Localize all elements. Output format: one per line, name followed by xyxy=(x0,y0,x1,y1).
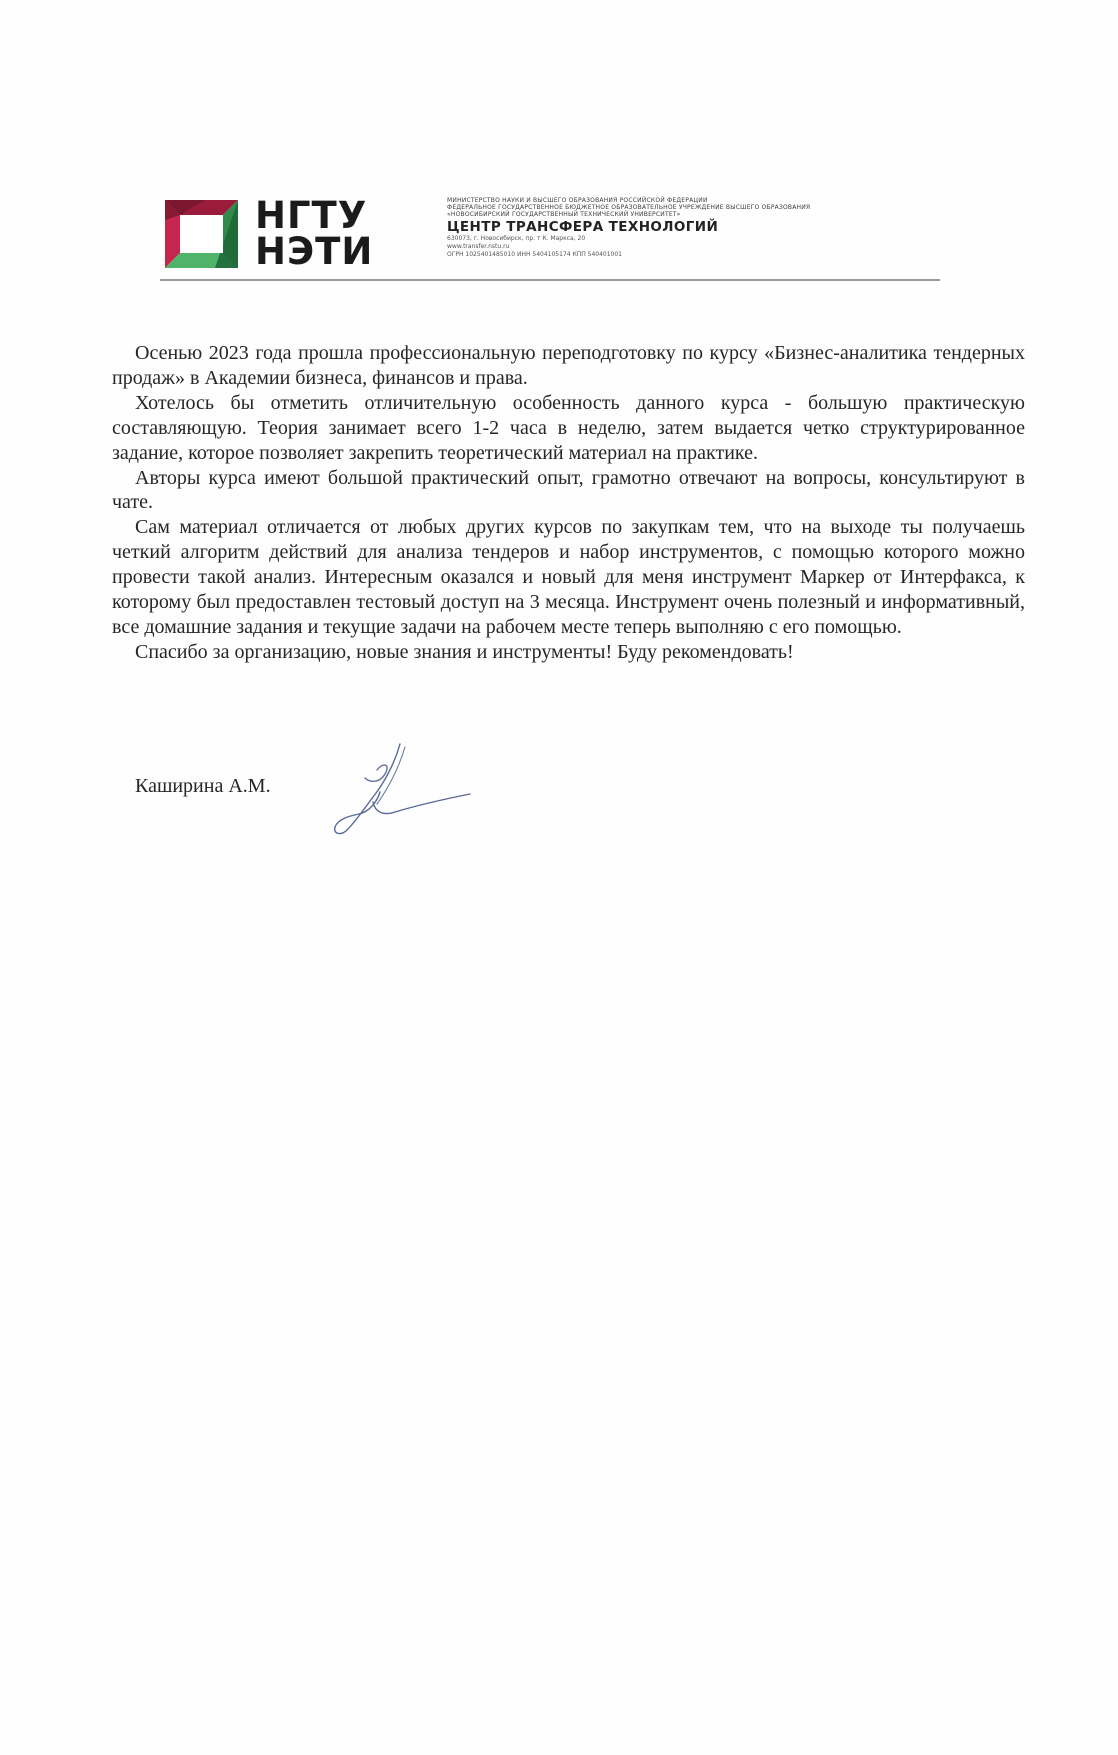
ministry-line: Министерство науки и высшего образования… xyxy=(447,197,947,204)
handwritten-signature-icon xyxy=(325,742,475,837)
registration-line: ОГРН 1025401485010 ИНН 5404105174 КПП 54… xyxy=(447,251,947,259)
organization-details: Министерство науки и высшего образования… xyxy=(447,197,947,259)
letter-body: Осенью 2023 года прошла профессиональную… xyxy=(112,341,1025,665)
paragraph: Сам материал отличается от любых других … xyxy=(112,515,1025,640)
logo-line-1: НГТУ xyxy=(255,198,373,234)
signatory-name: Каширина А.М. xyxy=(135,774,271,798)
logo-line-2: НЭТИ xyxy=(255,234,373,270)
institution-type-line: Федеральное государственное бюджетное об… xyxy=(447,204,947,211)
logo-wordmark: НГТУ НЭТИ xyxy=(255,198,373,270)
nstu-logo-icon xyxy=(165,200,238,268)
letterhead-divider xyxy=(160,279,940,281)
website-line: www.transfer.nstu.ru xyxy=(447,243,947,251)
center-name: ЦЕНТР ТРАНСФЕРА ТЕХНОЛОГИЙ xyxy=(447,219,947,235)
letterhead: НГТУ НЭТИ Министерство науки и высшего о… xyxy=(160,195,940,285)
paragraph: Хотелось бы отметить отличительную особе… xyxy=(112,391,1025,466)
letter-page: НГТУ НЭТИ Министерство науки и высшего о… xyxy=(0,0,1118,1755)
paragraph: Авторы курса имеют большой практический … xyxy=(112,466,1025,516)
address-line: 630073, г. Новосибирск, пр. т К. Маркса,… xyxy=(447,235,947,243)
paragraph: Осенью 2023 года прошла профессиональную… xyxy=(112,341,1025,391)
university-line: «Новосибирский государственный техническ… xyxy=(447,211,947,218)
paragraph: Спасибо за организацию, новые знания и и… xyxy=(112,640,1025,665)
